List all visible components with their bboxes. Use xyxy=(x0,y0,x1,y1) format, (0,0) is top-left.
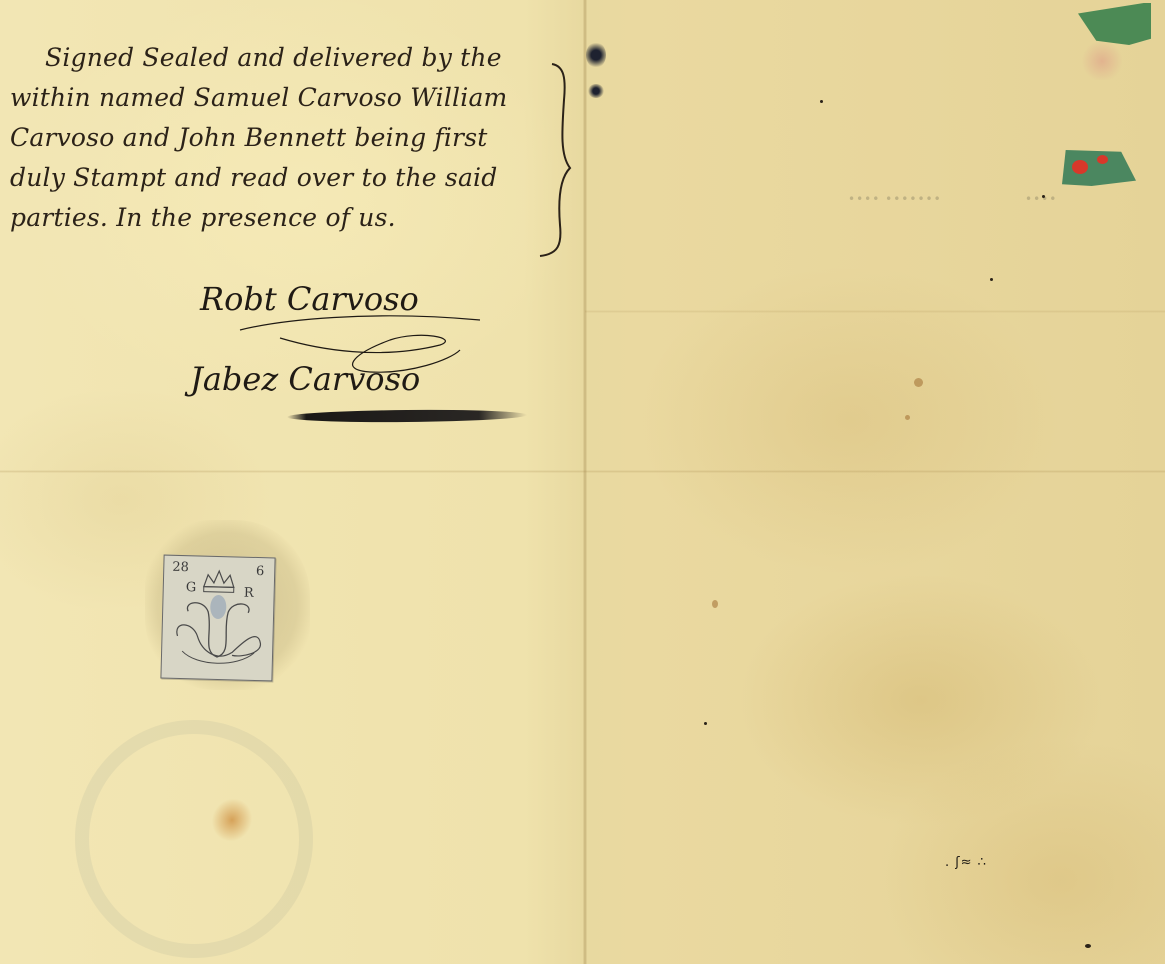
crowned-monogram-icon xyxy=(161,556,274,681)
horizontal-fold-line-right xyxy=(585,310,1165,313)
red-wax-seal-dot xyxy=(1097,155,1108,164)
ink-speck xyxy=(704,722,707,725)
attestation-line: within named Samuel Carvoso William xyxy=(10,78,550,118)
duty-stamp: 28 6 G R xyxy=(160,555,275,682)
faded-red-mark xyxy=(1080,42,1124,80)
attestation-line: Carvoso and John Bennett being first xyxy=(10,118,550,158)
red-wax-seal-dot xyxy=(1072,160,1088,174)
ink-speck xyxy=(990,278,993,281)
foxing-spot xyxy=(914,378,923,387)
vertical-fold-line xyxy=(583,0,587,964)
horizontal-fold-line xyxy=(0,470,1165,473)
ink-speck xyxy=(1085,944,1091,948)
bleed-through-text: •••• ••••••• xyxy=(848,192,942,206)
ink-speck xyxy=(820,100,823,103)
stray-ink-marks: . ʃ≈ ∴ xyxy=(945,855,987,870)
foxing-spot xyxy=(712,600,718,608)
foxing-spot xyxy=(905,415,910,420)
attestation-line: parties. In the presence of us. xyxy=(10,198,550,238)
ink-speck xyxy=(1042,195,1045,198)
attestation-clause: Signed Sealed and delivered by the withi… xyxy=(10,38,550,238)
attestation-line: Signed Sealed and delivered by the xyxy=(10,38,550,78)
attestation-line: duly Stampt and read over to the said xyxy=(10,158,550,198)
ink-blot xyxy=(588,84,604,98)
faded-seal-impression xyxy=(75,720,313,958)
bleed-through-text: •••• xyxy=(1025,192,1057,206)
ink-blot xyxy=(586,42,606,68)
witness-signature-jabez-carvoso: Jabez Carvoso xyxy=(190,360,420,398)
curly-brace-icon xyxy=(530,60,580,260)
